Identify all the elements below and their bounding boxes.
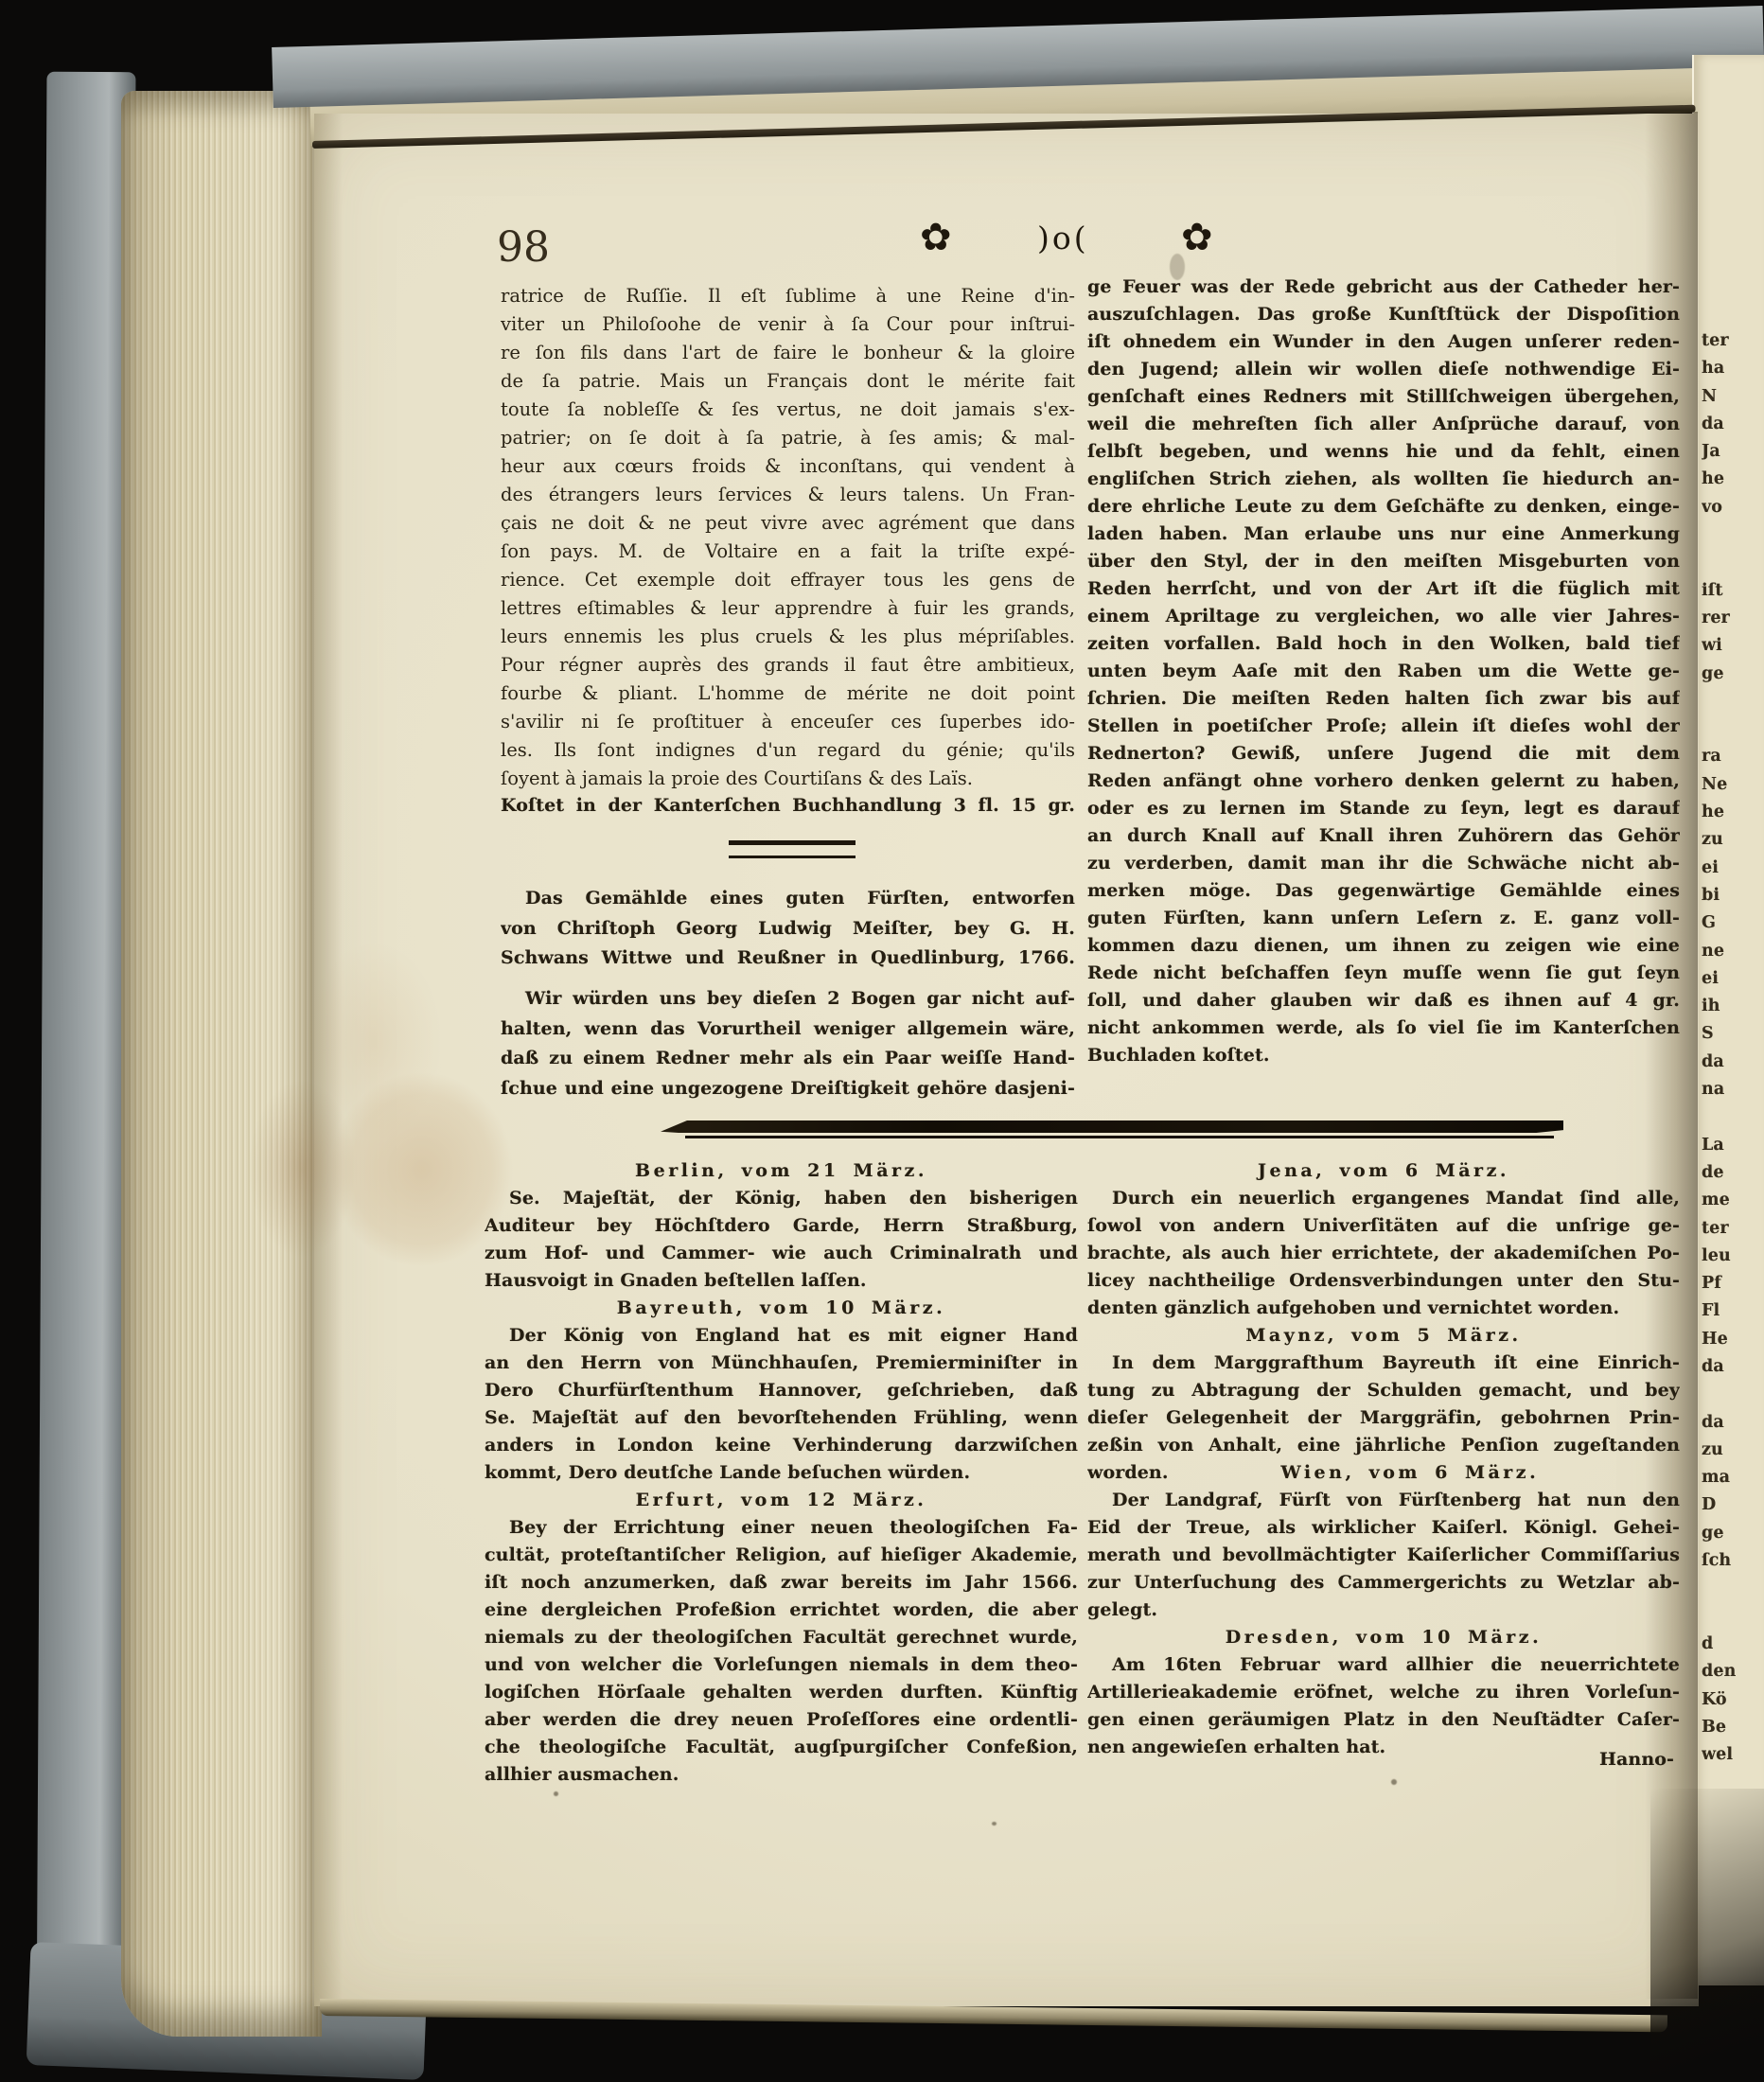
text-line: unten beym Aaſe mit den Raben um die Wet…	[1087, 658, 1680, 685]
text-line: ſchrien. Die meiſten Reden halten ſich z…	[1087, 685, 1680, 713]
text-line: ſoyent à jamais la proie des Courtiſans …	[501, 765, 1075, 793]
text-line: Durch ein neuerlich ergangenes Mandat ſi…	[1087, 1185, 1680, 1212]
text-line-with-inline-heading: worden.Wien, vom 6 März.	[1087, 1459, 1680, 1487]
next-page-text-fragments: terhaNdaJahevo iſtrerwige raNehezueibiGn…	[1702, 327, 1760, 1769]
text-line	[1702, 521, 1760, 549]
text-line: he	[1702, 466, 1760, 493]
text-line: che theologiſche Facultät, augſpurgiſche…	[485, 1734, 1078, 1761]
text-line: den Jugend; allein wir wollen dieſe noth…	[1087, 356, 1680, 383]
text-line: halten, wenn das Vorurtheil weniger allg…	[501, 1015, 1075, 1045]
text-line: wi	[1702, 632, 1760, 660]
page-number: 98	[497, 223, 550, 272]
text-line: zu	[1702, 1437, 1760, 1464]
text-line: Fl	[1702, 1297, 1760, 1325]
text-line: gelegt.	[1087, 1597, 1680, 1624]
text-line: Ja	[1702, 438, 1760, 466]
text-line: toute ſa nobleſſe & ſes vertus, ne doit …	[501, 396, 1075, 424]
bottom-right-shadow	[1650, 1789, 1764, 2082]
text-line: d	[1702, 1631, 1760, 1658]
text-line	[1702, 1103, 1760, 1131]
text-line: von Chriſtoph Georg Ludwig Meiſter, bey …	[501, 914, 1075, 944]
catchword: Hanno-	[1087, 1749, 1674, 1770]
text-line: Schwans Wittwe und Reußner in Quedlinbur…	[501, 944, 1075, 974]
text-line: nicht ankommen werde, als ſo viel ſie im…	[1087, 1015, 1680, 1042]
text-line: In dem Marggrafthum Bayreuth iſt eine Ei…	[1087, 1350, 1680, 1377]
text-line: und von welcher die Vorleſungen niemals …	[485, 1651, 1078, 1679]
text-line: Stellen in poetiſcher Proſe; allein iſt …	[1087, 713, 1680, 740]
text-line: da	[1702, 1409, 1760, 1437]
text-line: les. Ils ſont indignes d'un regard du gé…	[501, 736, 1075, 765]
text-line: Pour régner auprès des grands il faut êt…	[501, 651, 1075, 679]
section-divider-small	[729, 840, 856, 858]
text-line: de ſa patrie. Mais un Français dont le m…	[501, 367, 1075, 396]
text-line: heur aux cœurs froids & inconſtans, qui …	[501, 452, 1075, 481]
text-line: La	[1702, 1132, 1760, 1159]
text-line: N	[1702, 383, 1760, 411]
text-line: ſchue und eine ungezogene Dreiſtigkeit g…	[501, 1074, 1075, 1104]
shell-ornament-icon: ✿	[1181, 216, 1213, 259]
text-line: Der König von England hat es mit eigner …	[485, 1322, 1078, 1350]
text-line: Das Gemählde eines guten Fürſten, entwor…	[501, 884, 1075, 914]
text-line: D	[1702, 1491, 1760, 1519]
review-paragraph: Wir würden uns bey dieſen 2 Bogen gar ni…	[501, 984, 1075, 1103]
review-heading: Das Gemählde eines guten Fürſten, entwor…	[501, 884, 1075, 974]
text-line: ih	[1702, 993, 1760, 1020]
news-section-heading: Berlin, vom 21 März.	[485, 1157, 1078, 1185]
text-line: cultät, proteſtantiſcher Religion, auf h…	[485, 1542, 1078, 1569]
text-line: S	[1702, 1020, 1760, 1048]
text-line: vo	[1702, 494, 1760, 521]
text-line: Pf	[1702, 1270, 1760, 1297]
text-line: ei	[1702, 965, 1760, 993]
text-line: guten Fürſten, kann unſern Leſern z. E. …	[1087, 905, 1680, 932]
text-line: ne	[1702, 938, 1760, 965]
text-line: gen einen geräumigen Platz in den Neuſtä…	[1087, 1706, 1680, 1734]
divider-thin-bar	[685, 1136, 1554, 1138]
text-line: weil die mehreſten ſich aller Anſprüche …	[1087, 411, 1680, 438]
text-line: engliſchen Strich ziehen, als wollten ſi…	[1087, 466, 1680, 493]
text-line: dere ehrliche Leute zu dem Geſchäfte zu …	[1087, 493, 1680, 520]
text-line: ge	[1702, 661, 1760, 688]
text-line: ei	[1702, 855, 1760, 882]
text-line: Reden anfängt ohne vorhero denken gelern…	[1087, 768, 1680, 795]
text-line: zur Unterſuchung des Cammergerichts zu W…	[1087, 1569, 1680, 1597]
text-line: laden haben. Man erlaube uns nur eine An…	[1087, 520, 1680, 548]
text-line: Se. Majeſtät auf den bevorſtehenden Früh…	[485, 1404, 1078, 1432]
text-line: an durch Knall auf Knall ihren Zuhörern …	[1087, 822, 1680, 850]
text-line: licey nachtheilige Ordensverbindungen un…	[1087, 1267, 1680, 1295]
text-line: logiſchen Hörſaale gehalten werden durft…	[485, 1679, 1078, 1706]
text-line: Bey der Errichtung einer neuen theologiſ…	[485, 1514, 1078, 1542]
text-line: ter	[1702, 1215, 1760, 1243]
text-line: allhier ausmachen.	[485, 1761, 1078, 1789]
text-line: daß zu einem Redner mehr als ein Paar we…	[501, 1044, 1075, 1074]
text-line: ge	[1702, 1520, 1760, 1547]
ink-speck	[554, 1791, 558, 1796]
text-line: Dero Churfürſtenthum Hannover, geſchrieb…	[485, 1377, 1078, 1404]
text-line: Der Landgraf, Fürſt von Fürſtenberg hat …	[1087, 1487, 1680, 1514]
text-line: Kö	[1702, 1686, 1760, 1714]
text-line: zu verderben, damit man ihr die Schwäche…	[1087, 850, 1680, 877]
text-line: viter un Philoſoohe de venir à ſa Cour p…	[501, 310, 1075, 339]
text-line	[1702, 1381, 1760, 1408]
text-line: tung zu Abtragung der Schulden gemacht, …	[1087, 1377, 1680, 1404]
text-line: fourbe & pliant. L'homme de mérite ne do…	[501, 679, 1075, 708]
text-line: auszuſchlagen. Das große Kunſtſtück der …	[1087, 301, 1680, 328]
text-line: aber werden die drey neuen Proſeſſores e…	[485, 1706, 1078, 1734]
text-line: niemals zu der theologiſchen Facultät ge…	[485, 1624, 1078, 1651]
text-line: ratrice de Ruſſie. Il eſt ſublime à une …	[501, 282, 1075, 310]
text-line: kommt, Dero deutſche Lande beſuchen würd…	[485, 1459, 1078, 1487]
ink-speck	[992, 1822, 997, 1826]
text-line: Artillerieakademie eröfnet, welche zu ih…	[1087, 1679, 1680, 1706]
text-line: an den Herrn von Münchhauſen, Premiermin…	[485, 1350, 1078, 1377]
text-line: Am 16ten Februar ward allhier die neuerr…	[1087, 1651, 1680, 1679]
text-line: da	[1702, 411, 1760, 438]
text-line: rer	[1702, 605, 1760, 632]
text-line: denten gänzlich aufgehoben und vernichte…	[1087, 1295, 1680, 1322]
text-line	[1702, 1575, 1760, 1602]
text-line: eine dergleichen Profeßion errichtet wor…	[485, 1597, 1078, 1624]
text-line: da	[1702, 1353, 1760, 1381]
text-line: des étrangers leurs ſervices & leurs tal…	[501, 481, 1075, 509]
text-line: patrier; on ſe doit à ſa patrie, à ſes a…	[501, 424, 1075, 452]
news-section-heading: Dresden, vom 10 März.	[1087, 1624, 1680, 1651]
text-line	[1702, 549, 1760, 576]
header-ornament-mark: )o(	[1037, 220, 1089, 256]
text-line: Auditeur bey Höchſtdero Garde, Herrn Str…	[485, 1212, 1078, 1240]
news-section-heading: Erfurt, vom 12 März.	[485, 1487, 1078, 1514]
text-line: ſelbſt begeben, und wenns hie und da feh…	[1087, 438, 1680, 466]
news-section-heading: Maynz, vom 5 März.	[1087, 1322, 1680, 1350]
text-line: zeiten vorfallen. Bald hoch in den Wolke…	[1087, 630, 1680, 658]
text-line: lettres eſtimables & leur apprendre à fu…	[501, 594, 1075, 623]
text-line	[1702, 715, 1760, 743]
text-line: Rede nicht beſchaffen ſeyn muſſe wenn ſi…	[1087, 960, 1680, 987]
text-line: zu	[1702, 826, 1760, 854]
text-line: Be	[1702, 1714, 1760, 1741]
news-section-heading: Wien, vom 6 März.	[1280, 1459, 1539, 1487]
text-line: G	[1702, 909, 1760, 937]
text-line: über den Styl, der in den meiſten Misgeb…	[1087, 548, 1680, 575]
ink-speck	[1391, 1779, 1397, 1785]
news-column-left: Berlin, vom 21 März.Se. Majeſtät, der Kö…	[485, 1157, 1078, 1789]
news-section-heading: Bayreuth, vom 10 März.	[485, 1295, 1078, 1322]
text-line: ter	[1702, 327, 1760, 355]
text-line: ra	[1702, 743, 1760, 770]
text-line: ſoll, und daher glauben wir daß es ihnen…	[1087, 987, 1680, 1015]
french-paragraph: ratrice de Ruſſie. Il eſt ſublime à une …	[501, 282, 1075, 793]
text-line: Ne	[1702, 771, 1760, 799]
text-line: wel	[1702, 1741, 1760, 1769]
text-line: iſt	[1702, 577, 1760, 605]
text-line: genſchaft eines Redners mit Stillſchweig…	[1087, 383, 1680, 411]
main-divider-rule	[661, 1120, 1563, 1141]
text-line: Buchladen koſtet.	[1087, 1042, 1680, 1069]
text-line: rience. Cet exemple doit effrayer tous l…	[501, 566, 1075, 594]
text-line: ha	[1702, 355, 1760, 382]
text-fragment: worden.	[1087, 1459, 1169, 1487]
text-line	[1702, 688, 1760, 715]
spacer	[1651, 1459, 1680, 1487]
text-line: me	[1702, 1187, 1760, 1214]
text-line: anders in London keine Verhinderung darz…	[485, 1432, 1078, 1459]
text-line: re ſon fils dans l'art de faire le bonhe…	[501, 339, 1075, 367]
text-line: Koſtet in der Kanterſchen Buchhandlung 3…	[501, 791, 1075, 820]
text-line: merken möge. Das gegenwärtige Gemählde e…	[1087, 877, 1680, 905]
text-line: ſch	[1702, 1547, 1760, 1575]
text-line: he	[1702, 799, 1760, 826]
text-line: ma	[1702, 1464, 1760, 1491]
text-line	[1702, 1603, 1760, 1631]
text-line: de	[1702, 1159, 1760, 1187]
text-line: Hausvoigt in Gnaden beſtellen laſſen.	[485, 1267, 1078, 1295]
text-line: einem Apriltage zu vergleichen, wo alle …	[1087, 603, 1680, 630]
text-line: çais ne doit & ne peut vivre avec agréme…	[501, 509, 1075, 538]
text-line: iſt noch anzumerken, daß zwar bereits im…	[485, 1569, 1078, 1597]
text-line: Se. Majeſtät, der König, haben den bishe…	[485, 1185, 1078, 1212]
text-line: na	[1702, 1076, 1760, 1103]
right-column-paragraph: ge Feuer was der Rede gebricht aus der C…	[1087, 273, 1680, 1069]
text-line: oder es zu lernen im Stande zu ſeyn, leg…	[1087, 795, 1680, 822]
text-line: ſon pays. M. de Voltaire en a fait la tr…	[501, 538, 1075, 566]
book-photo: 98 ✿ )o( ✿ ratrice de Ruſſie. Il eſt ſub…	[0, 0, 1764, 2082]
news-section-heading: Jena, vom 6 März.	[1087, 1157, 1680, 1185]
news-column-right: Jena, vom 6 März.Durch ein neuerlich erg…	[1087, 1157, 1680, 1761]
text-line: Wir würden uns bey dieſen 2 Bogen gar ni…	[501, 984, 1075, 1015]
text-line: dieſer Gelegenheit der Marggräfin, geboh…	[1087, 1404, 1680, 1432]
text-line: Rednerton? Gewiß, unſere Jugend die mit …	[1087, 740, 1680, 768]
text-line: da	[1702, 1049, 1760, 1076]
text-line: iſt ohnedem ein Wunder in den Augen unſe…	[1087, 328, 1680, 356]
text-line: leu	[1702, 1243, 1760, 1270]
text-line: ſowol von andern Univerſitäten auf die u…	[1087, 1212, 1680, 1240]
text-line: Reden herrſcht, und von der Art iſt die …	[1087, 575, 1680, 603]
text-line: kommen dazu dienen, um ihnen zu zeigen w…	[1087, 932, 1680, 960]
text-line: merath und bevollmächtigter Kaiſerlicher…	[1087, 1542, 1680, 1569]
text-line: den	[1702, 1658, 1760, 1685]
ink-speck	[1170, 254, 1185, 280]
text-line: bi	[1702, 882, 1760, 909]
shell-ornament-icon: ✿	[920, 216, 952, 259]
text-line: He	[1702, 1326, 1760, 1353]
text-line: s'avilir ni ſe proſtituer à enceuſer ces…	[501, 708, 1075, 736]
divider-thick-bar	[661, 1120, 1563, 1133]
text-line: Eid der Treue, als wirklicher Kaiſerl. K…	[1087, 1514, 1680, 1542]
text-line: zeßin von Anhalt, eine jährliche Penſion…	[1087, 1432, 1680, 1459]
text-line: leurs ennemis les plus cruels & les plus…	[501, 623, 1075, 651]
text-line: brachte, als auch hier errichtete, der a…	[1087, 1240, 1680, 1267]
text-line: zum Hof- und Cammer- wie auch Criminalra…	[485, 1240, 1078, 1267]
price-line: Koſtet in der Kanterſchen Buchhandlung 3…	[501, 791, 1075, 820]
